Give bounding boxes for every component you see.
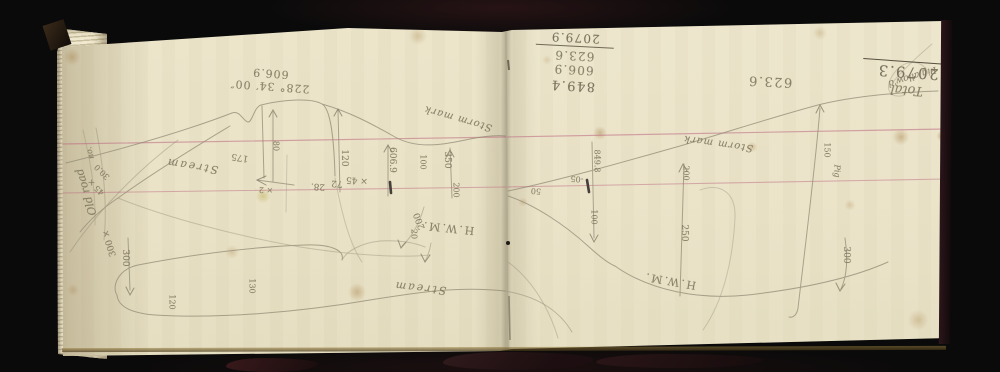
measure-05: -05 xyxy=(570,174,583,184)
measure-28: 28. xyxy=(311,181,326,192)
cover-leather-fragment xyxy=(226,358,318,372)
measure-x2: × 2 xyxy=(259,185,274,195)
measure-130: 130 xyxy=(248,278,257,293)
measure-300a: 300 xyxy=(120,249,130,266)
pencil-sketch-layer xyxy=(0,0,1000,372)
measure-200a: 200 xyxy=(452,182,461,197)
measure-300b: 300 xyxy=(841,246,851,263)
ruled-line-1 xyxy=(62,129,945,144)
measure-pig: Pig xyxy=(833,164,842,177)
measure-150: 150 xyxy=(823,142,832,157)
measure-100a: 100 xyxy=(419,154,428,169)
notebook-page-spread: 849.4 606.9 623.6 2079.9 623.6 Total 207… xyxy=(0,0,1000,372)
measure-100b: 100 xyxy=(590,209,599,224)
sum-column: 849.4 606.9 623.6 2079.9 xyxy=(506,27,641,97)
right-value: 623.6 xyxy=(747,72,792,89)
measure-72: 72 xyxy=(331,178,343,189)
notebook-scan: 849.4 606.9 623.6 2079.9 623.6 Total 207… xyxy=(0,0,1000,372)
measure-120b: 120 xyxy=(168,294,177,309)
measure-45b: × 45 xyxy=(346,174,369,186)
sum-addend-2: 606.9 xyxy=(553,61,594,78)
cover-right-edge xyxy=(939,20,952,344)
measure-120a: 120 xyxy=(339,149,349,166)
sum-addend-3: 623.6 xyxy=(554,47,595,64)
measure-250: 250 xyxy=(679,224,689,241)
bearing-distance: 606.9 xyxy=(252,65,289,81)
measure-200c: 200 xyxy=(682,165,691,180)
cover-leather-fragment xyxy=(443,352,593,370)
measure-350: 350 xyxy=(442,151,452,168)
measure-8498: 849.8 xyxy=(593,150,602,173)
measure-6069: 606.9 xyxy=(387,147,397,173)
sum-total: 2079.9 xyxy=(550,29,600,46)
measure-20: 20 xyxy=(410,229,419,239)
cover-leather-fragment xyxy=(596,354,764,368)
sum-addend-1: 849.4 xyxy=(550,76,595,94)
measure-80: 80 xyxy=(272,141,281,151)
arrowheads xyxy=(126,105,845,295)
measure-50: 50 xyxy=(531,186,542,196)
